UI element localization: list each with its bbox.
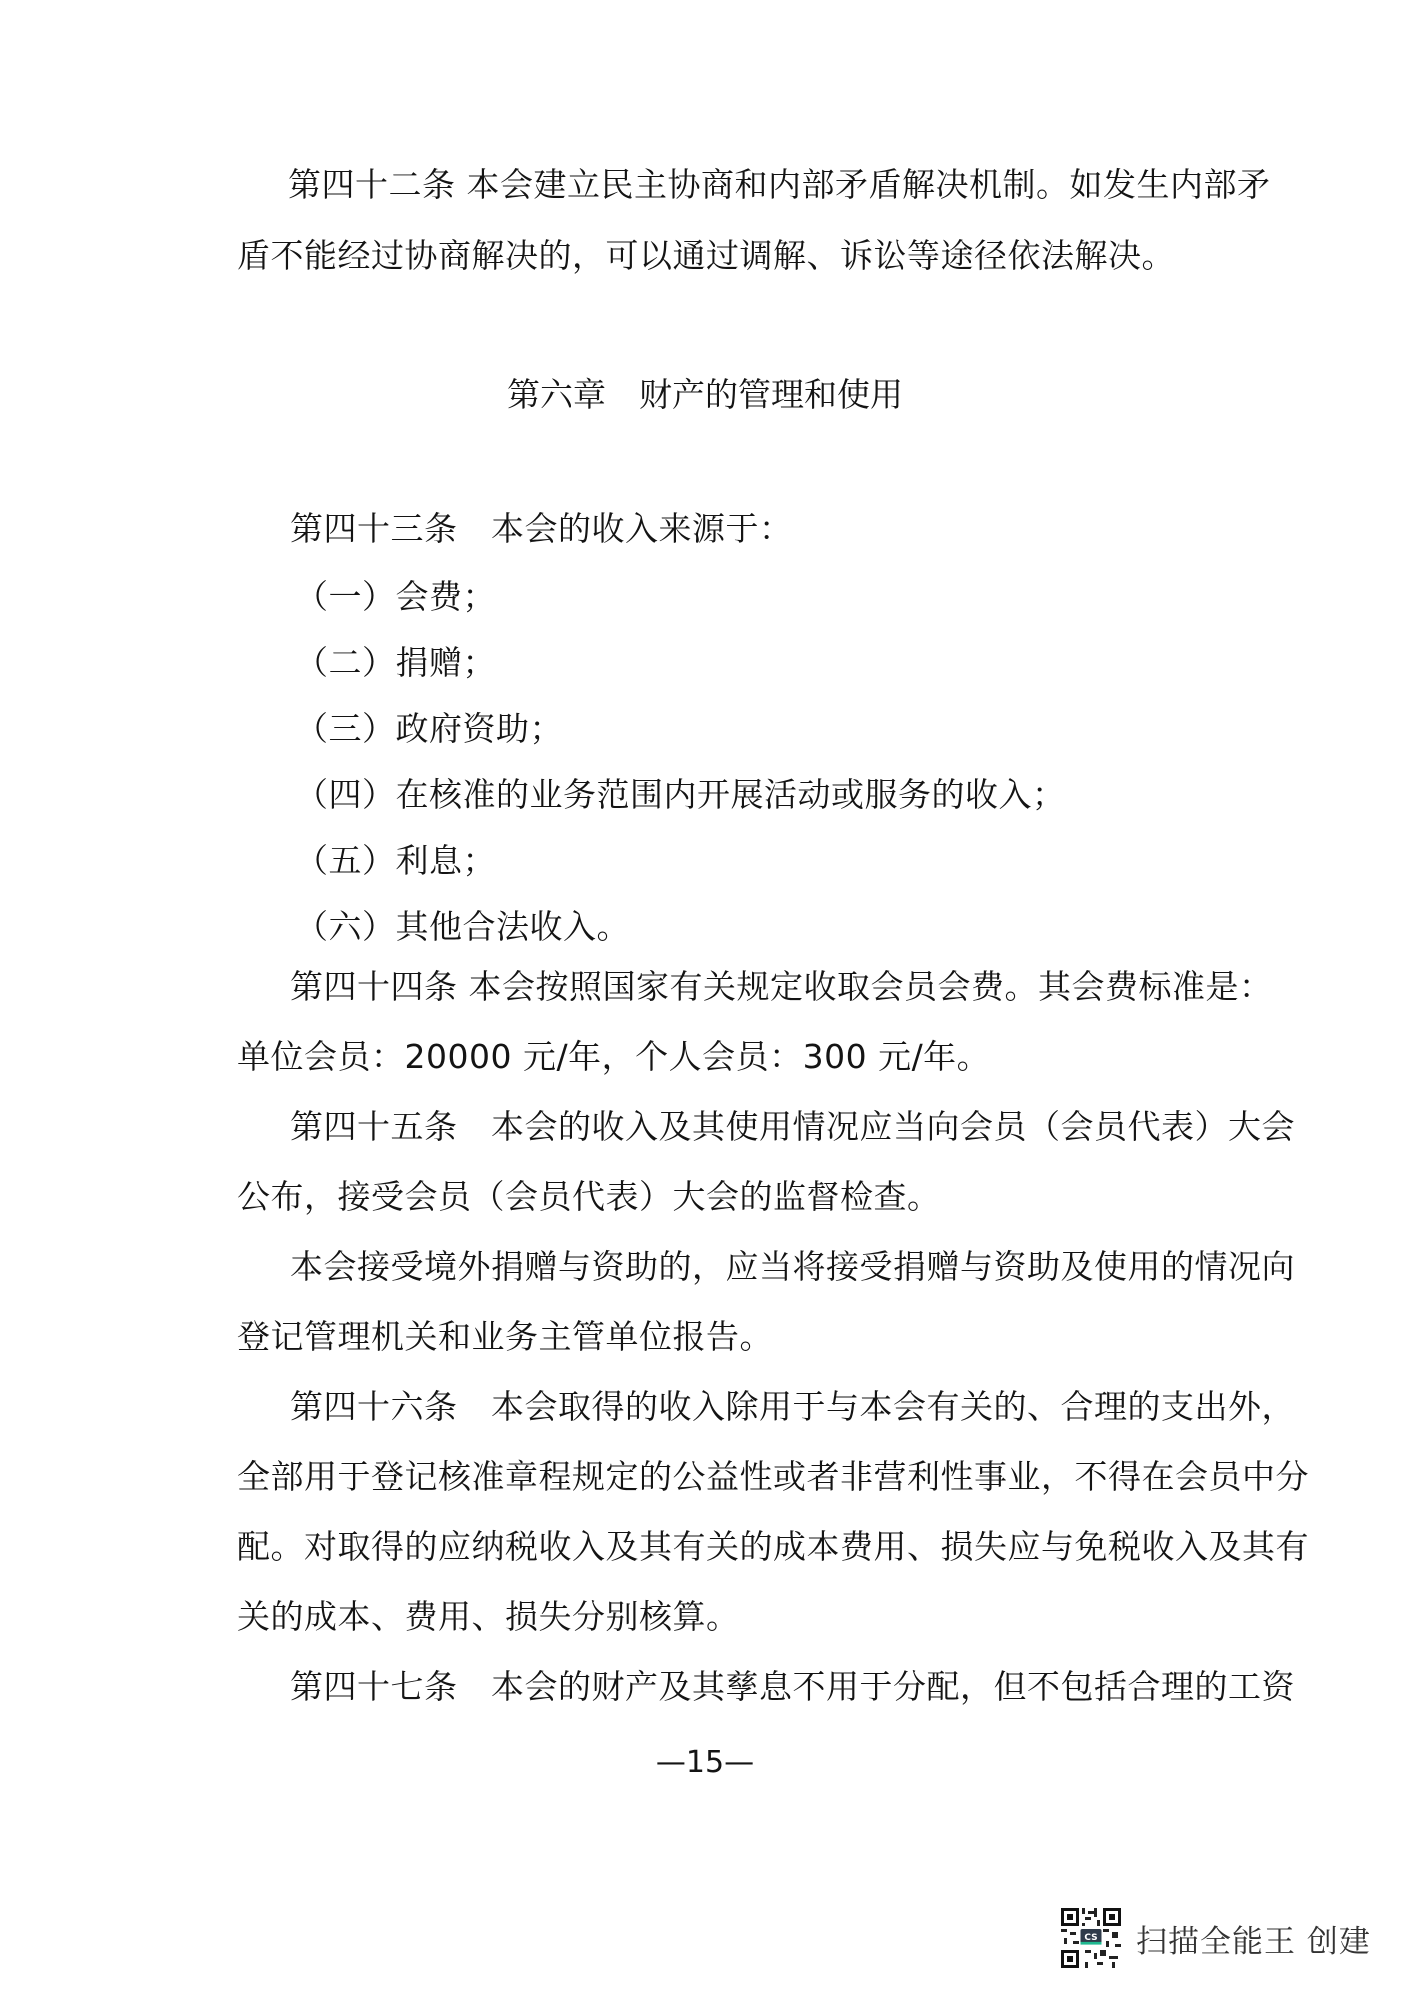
article-45-para-2-line-1: 本会接受境外捐赠与资助的，应当将接受捐赠与资助及使用的情况向: [290, 1247, 1295, 1287]
scanner-watermark: CS 扫描全能王 创建: [1058, 1905, 1371, 1971]
article-43-title: 第四十三条 本会的收入来源于：: [290, 509, 793, 549]
article-46-line-4: 关的成本、费用、损失分别核算。: [237, 1597, 740, 1637]
article-45-para-2-line-2: 登记管理机关和业务主管单位报告。: [237, 1317, 773, 1357]
article-46-line-2: 全部用于登记核准章程规定的公益性或者非营利性事业，不得在会员中分: [237, 1457, 1309, 1497]
income-item-3: （三）政府资助；: [295, 709, 563, 749]
income-item-5: （五）利息；: [295, 841, 496, 881]
chapter-heading: 第六章 财产的管理和使用: [0, 375, 1410, 415]
article-42-line-2: 盾不能经过协商解决的，可以通过调解、诉讼等途径依法解决。: [237, 236, 1175, 276]
article-45-line-2: 公布，接受会员（会员代表）大会的监督检查。: [237, 1177, 941, 1217]
income-item-4: （四）在核准的业务范围内开展活动或服务的收入；: [295, 775, 1066, 815]
article-45-line-1: 第四十五条 本会的收入及其使用情况应当向会员（会员代表）大会: [290, 1107, 1295, 1147]
article-47-line-1: 第四十七条 本会的财产及其孳息不用于分配，但不包括合理的工资: [290, 1667, 1295, 1707]
article-44-line-1: 第四十四条 本会按照国家有关规定收取会员会费。其会费标准是：: [290, 967, 1273, 1007]
article-42-line-1: 第四十二条 本会建立民主协商和内部矛盾解决机制。如发生内部矛: [288, 165, 1271, 205]
article-46-line-3: 配。对取得的应纳税收入及其有关的成本费用、损失应与免税收入及其有: [237, 1527, 1309, 1567]
watermark-text: 扫描全能王 创建: [1136, 1916, 1371, 1961]
article-44-line-2: 单位会员：20000 元/年，个人会员：300 元/年。: [237, 1037, 990, 1077]
income-item-2: （二）捐赠；: [295, 643, 496, 683]
income-item-6: （六）其他合法收入。: [295, 907, 630, 947]
qr-code-icon: CS: [1058, 1905, 1124, 1971]
svg-text:CS: CS: [1084, 1933, 1097, 1943]
page-number: —15—: [0, 1745, 1410, 1781]
article-46-line-1: 第四十六条 本会取得的收入除用于与本会有关的、合理的支出外，: [290, 1387, 1295, 1427]
income-item-1: （一）会费；: [295, 577, 496, 617]
